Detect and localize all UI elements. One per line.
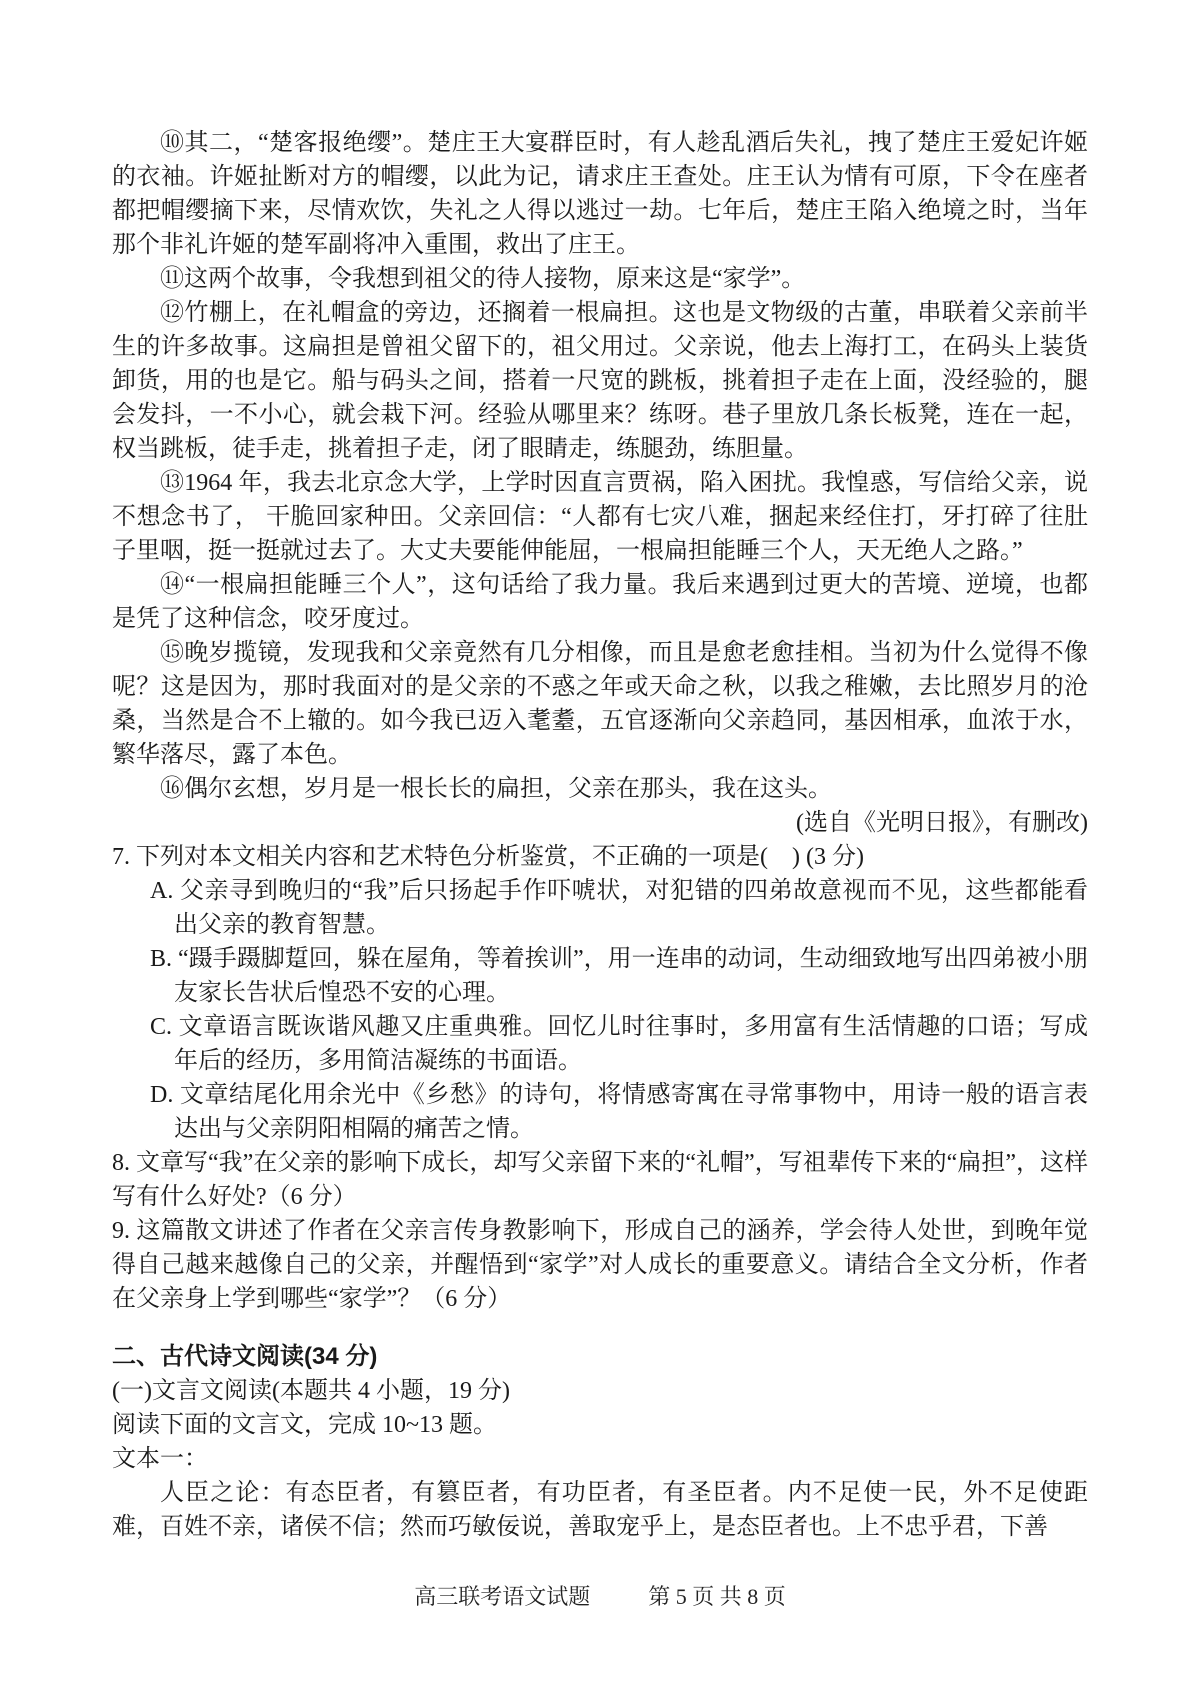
- option-b-label: B.: [150, 946, 172, 972]
- reading-instruction: 阅读下面的文言文，完成 10~13 题。: [112, 1408, 1088, 1442]
- option-d-label: D.: [150, 1082, 173, 1108]
- classical-paragraph: 人臣之论：有态臣者，有篡臣者，有功臣者，有圣臣者。内不足使一民，外不足使距难，百…: [112, 1476, 1088, 1544]
- essay-paragraph-11: ⑪这两个故事，令我想到祖父的待人接物，原来这是“家学”。: [112, 262, 1088, 296]
- question-7-option-b: B.“蹑手蹑脚踅回，躲在屋角，等着挨训”，用一连串的动词，生动细致地写出四弟被小…: [112, 942, 1088, 1010]
- essay-paragraph-15: ⑮晚岁揽镜，发现我和父亲竟然有几分相像，而且是愈老愈挂相。当初为什么觉得不像呢？…: [112, 636, 1088, 772]
- essay-paragraph-13: ⑬1964 年，我去北京念大学，上学时因直言贾祸，陷入困扰。我惶惑，写信给父亲，…: [112, 466, 1088, 568]
- footer-exam-title: 高三联考语文试题: [414, 1580, 590, 1614]
- question-9: 9. 这篇散文讲述了作者在父亲言传身教影响下，形成自己的涵养，学会待人处世，到晚…: [112, 1214, 1088, 1316]
- essay-paragraph-14: ⑭“一根扁担能睡三个人”，这句话给了我力量。我后来遇到过更大的苦境、逆境，也都是…: [112, 568, 1088, 636]
- classical-passage: 人臣之论：有态臣者，有篡臣者，有功臣者，有圣臣者。内不足使一民，外不足使距难，百…: [112, 1476, 1088, 1544]
- option-a-text: 父亲寻到晚归的“我”后只扬起手作吓唬状，对犯错的四弟故意视而不见，这些都能看出父…: [174, 878, 1088, 938]
- page-content: ⑩其二，“楚客报绝缨”。楚庄王大宴群臣时，有人趁乱酒后失礼，拽了楚庄王爱妃许姬的…: [112, 126, 1088, 1544]
- option-a-label: A.: [150, 878, 173, 904]
- option-c-label: C.: [150, 1014, 172, 1040]
- text-one-label: 文本一：: [112, 1442, 1088, 1476]
- option-c-text: 文章语言既诙谐风趣又庄重典雅。回忆儿时往事时，多用富有生活情趣的口语；写成年后的…: [174, 1014, 1088, 1074]
- question-7-option-d: D.文章结尾化用余光中《乡愁》的诗句，将情感寄寓在寻常事物中，用诗一般的语言表达…: [112, 1078, 1088, 1146]
- question-7-stem: 7. 下列对本文相关内容和艺术特色分析鉴赏，不正确的一项是( ) (3 分): [112, 840, 1088, 874]
- essay-paragraph-12: ⑫竹棚上，在礼帽盒的旁边，还搁着一根扁担。这也是文物级的古董，串联着父亲前半生的…: [112, 296, 1088, 466]
- exam-page: ⑩其二，“楚客报绝缨”。楚庄王大宴群臣时，有人趁乱酒后失礼，拽了楚庄王爱妃许姬的…: [0, 0, 1200, 1696]
- question-7-option-a: A.父亲寻到晚归的“我”后只扬起手作吓唬状，对犯错的四弟故意视而不见，这些都能看…: [112, 874, 1088, 942]
- essay-paragraph-16: ⑯偶尔玄想，岁月是一根长长的扁担，父亲在那头，我在这头。: [112, 772, 1088, 806]
- essay-paragraph-10: ⑩其二，“楚客报绝缨”。楚庄王大宴群臣时，有人趁乱酒后失礼，拽了楚庄王爱妃许姬的…: [112, 126, 1088, 262]
- question-7-option-c: C.文章语言既诙谐风趣又庄重典雅。回忆儿时往事时，多用富有生活情趣的口语；写成年…: [112, 1010, 1088, 1078]
- option-b-text: “蹑手蹑脚踅回，躲在屋角，等着挨训”，用一连串的动词，生动细致地写出四弟被小朋友…: [174, 946, 1088, 1006]
- essay-passage: ⑩其二，“楚客报绝缨”。楚庄王大宴群臣时，有人趁乱酒后失礼，拽了楚庄王爱妃许姬的…: [112, 126, 1088, 840]
- footer-page-number: 第 5 页 共 8 页: [648, 1580, 786, 1614]
- page-footer: 高三联考语文试题 第 5 页 共 8 页: [0, 1580, 1200, 1614]
- source-attribution: (选自《光明日报》，有删改): [112, 806, 1088, 840]
- question-8: 8. 文章写“我”在父亲的影响下成长，却写父亲留下来的“礼帽”，写祖辈传下来的“…: [112, 1146, 1088, 1214]
- option-d-text: 文章结尾化用余光中《乡愁》的诗句，将情感寄寓在寻常事物中，用诗一般的语言表达出与…: [174, 1082, 1088, 1142]
- section-heading: 二、古代诗文阅读(34 分): [112, 1340, 1088, 1374]
- subsection-heading: (一)文言文阅读(本题共 4 小题，19 分): [112, 1374, 1088, 1408]
- question-7: 7. 下列对本文相关内容和艺术特色分析鉴赏，不正确的一项是( ) (3 分) A…: [112, 840, 1088, 1146]
- section-2: 二、古代诗文阅读(34 分) (一)文言文阅读(本题共 4 小题，19 分) 阅…: [112, 1340, 1088, 1544]
